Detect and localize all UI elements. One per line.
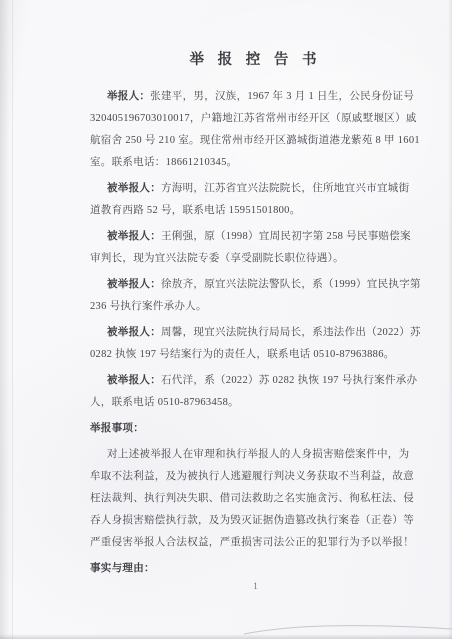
paragraph-label: 被举报人： bbox=[107, 231, 161, 242]
paragraph: 被举报人：方海明，江苏省宜兴法院院长，住所地宜兴市宜城街道教育西路 52 号，联… bbox=[90, 178, 421, 222]
paragraph: 举报人：张建平，男，汉族，1967 年 3 月 1 日生，公民身份证号32040… bbox=[90, 86, 421, 174]
paragraph-label: 被举报人： bbox=[107, 183, 161, 194]
paragraph-label: 被举报人： bbox=[107, 279, 161, 290]
left-fold-line bbox=[12, 0, 13, 639]
paragraph-label: 事实与理由： bbox=[90, 563, 155, 574]
paragraph: 被举报人：石代洋，系（2022）苏 0282 执恢 197 号执行案件承办人，联… bbox=[90, 370, 421, 414]
paragraph: 被举报人：周馨，现宜兴法院执行局局长，系违法作出（2022）苏0282 执恢 1… bbox=[90, 322, 421, 366]
scanned-document-page: 举 报 控 告 书 举报人：张建平，男，汉族，1967 年 3 月 1 日生，公… bbox=[0, 0, 452, 639]
paragraph: 被举报人：徐敖齐，原宜兴法院法警队长，系（1999）宜民执字第236 号执行案件… bbox=[90, 274, 421, 318]
page-number: 1 bbox=[90, 581, 421, 591]
paragraph: 对上述被举报人在审理和执行举报人的人身损害赔偿案件中，为牟取不法利益，及为被执行… bbox=[90, 444, 421, 554]
section-heading: 事实与理由： bbox=[90, 558, 421, 580]
bottom-scan-shadow bbox=[0, 634, 452, 639]
section-heading: 举报事项： bbox=[90, 418, 421, 440]
paragraph-label: 举报人： bbox=[107, 91, 150, 102]
right-page-edge-shadow bbox=[448, 0, 452, 639]
document-body: 举报人：张建平，男，汉族，1967 年 3 月 1 日生，公民身份证号32040… bbox=[90, 86, 421, 584]
paragraph-label: 被举报人： bbox=[107, 327, 161, 338]
paragraph-label: 被举报人： bbox=[107, 375, 161, 386]
document-title: 举 报 控 告 书 bbox=[90, 48, 421, 69]
paragraph-label: 举报事项： bbox=[90, 423, 144, 434]
paragraph: 被举报人：王俐强，原（1998）宜周民初字第 258 号民事赔偿案审判长，现为宜… bbox=[90, 226, 421, 270]
